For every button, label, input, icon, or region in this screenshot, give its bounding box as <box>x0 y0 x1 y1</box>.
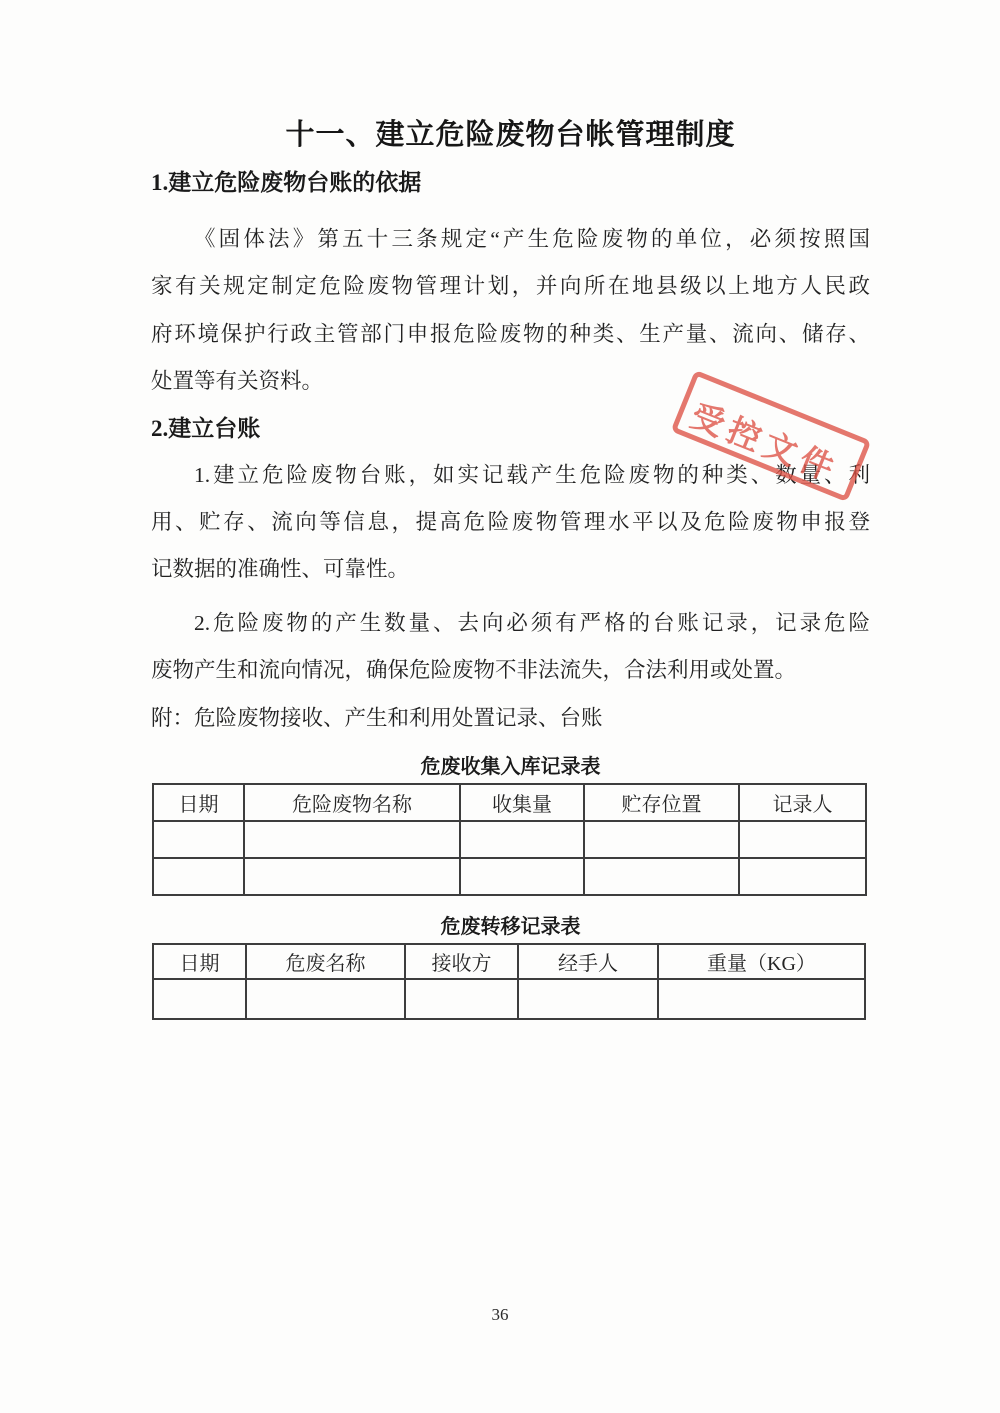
table-2-title: 危废转移记录表 <box>151 915 870 939</box>
empty-cell <box>739 821 866 858</box>
column-header: 贮存位置 <box>584 784 739 821</box>
paragraph-line: 府环境保护行政主管部门申报危险废物的种类、生产量、流向、储存、 <box>151 311 870 358</box>
column-header: 危废名称 <box>246 944 405 979</box>
empty-cell <box>739 858 866 895</box>
paragraph-line: 废物产生和流向情况，确保危险废物不非法流失，合法利用或处置。 <box>151 647 870 694</box>
table-row <box>153 821 866 858</box>
empty-cell <box>153 858 244 895</box>
empty-cell <box>460 858 584 895</box>
empty-cell <box>518 979 658 1019</box>
attachment-line: 附：危险废物接收、产生和利用处置记录、台账 <box>151 695 870 742</box>
paragraph-line: 2.危险废物的产生数量、去向必须有严格的台账记录，记录危险 <box>151 600 870 647</box>
empty-cell <box>460 821 584 858</box>
empty-cell <box>153 821 244 858</box>
empty-cell <box>153 979 246 1019</box>
paragraph-line: 用、贮存、流向等信息，提高危险废物管理水平以及危险废物申报登 <box>151 499 870 546</box>
empty-cell <box>405 979 518 1019</box>
paragraph-line: 家有关规定制定危险废物管理计划，并向所在地县级以上地方人民政 <box>151 263 870 310</box>
column-header: 收集量 <box>460 784 584 821</box>
table-header-row: 日期 危废名称 接收方 经手人 重量（KG） <box>153 944 865 979</box>
empty-cell <box>246 979 405 1019</box>
empty-cell <box>244 858 460 895</box>
column-header: 记录人 <box>739 784 866 821</box>
column-header: 经手人 <box>518 944 658 979</box>
waste-collection-record-table: 日期 危险废物名称 收集量 贮存位置 记录人 <box>152 783 867 896</box>
empty-cell <box>584 821 739 858</box>
waste-transfer-record-table: 日期 危废名称 接收方 经手人 重量（KG） <box>152 943 866 1020</box>
column-header: 日期 <box>153 784 244 821</box>
paragraph-line: 记数据的准确性、可靠性。 <box>151 546 870 593</box>
section-1-heading: 1.建立危险废物台账的依据 <box>151 160 870 206</box>
table-row <box>153 858 866 895</box>
section-2-paragraph-1: 1.建立危险废物台账，如实记载产生危险废物的种类、数量、利 用、贮存、流向等信息… <box>151 452 870 594</box>
section-1-paragraph: 《固体法》第五十三条规定“产生危险废物的单位，必须按照国 家有关规定制定危险废物… <box>151 216 870 406</box>
document-title: 十一、建立危险废物台帐管理制度 <box>151 111 870 160</box>
page-content: 十一、建立危险废物台帐管理制度 1.建立危险废物台账的依据 《固体法》第五十三条… <box>151 111 870 1020</box>
table-1-title: 危废收集入库记录表 <box>151 755 870 779</box>
column-header: 接收方 <box>405 944 518 979</box>
paragraph-line: 《固体法》第五十三条规定“产生危险废物的单位，必须按照国 <box>151 216 870 263</box>
empty-cell <box>584 858 739 895</box>
column-header: 重量（KG） <box>658 944 865 979</box>
empty-cell <box>244 821 460 858</box>
page-number: 36 <box>0 1305 1000 1325</box>
section-2-paragraph-2: 2.危险废物的产生数量、去向必须有严格的台账记录，记录危险 废物产生和流向情况，… <box>151 600 870 742</box>
column-header: 危险废物名称 <box>244 784 460 821</box>
table-row <box>153 979 865 1019</box>
scanned-document-page: 十一、建立危险废物台帐管理制度 1.建立危险废物台账的依据 《固体法》第五十三条… <box>0 0 1000 1413</box>
table-header-row: 日期 危险废物名称 收集量 贮存位置 记录人 <box>153 784 866 821</box>
column-header: 日期 <box>153 944 246 979</box>
empty-cell <box>658 979 865 1019</box>
